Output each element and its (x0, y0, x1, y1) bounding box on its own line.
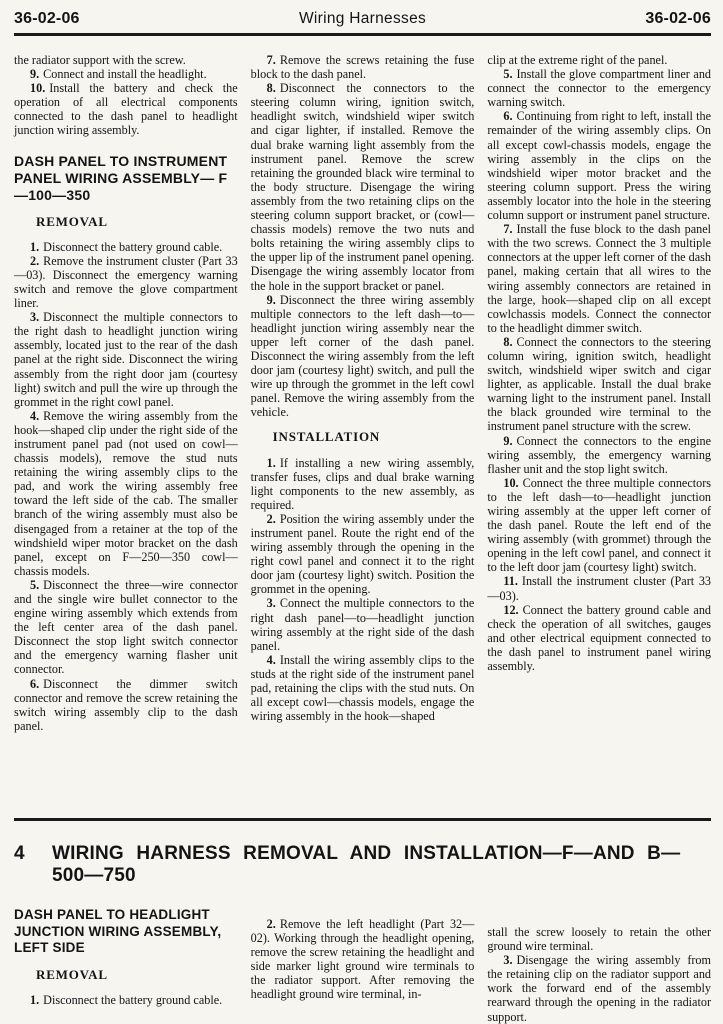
step-paragraph: 10.Connect the three multiple connectors… (487, 476, 711, 575)
step-paragraph: 7.Install the fuse block to the dash pan… (487, 222, 711, 335)
continuation-text: stall the screw loosely to retain the ot… (487, 925, 711, 953)
step-text: Connect the connectors to the engine wir… (487, 434, 711, 476)
step-number: 2. (30, 254, 39, 268)
step-text: Disconnect the battery ground cable. (43, 993, 222, 1007)
step-number: 3. (30, 310, 39, 324)
step-number: 6. (30, 677, 39, 691)
subsection-heading-removal: REMOVAL (36, 968, 238, 982)
step-paragraph: 8.Disconnect the connectors to the steer… (251, 81, 475, 292)
step-number: 8. (267, 81, 276, 95)
step-number: 8. (503, 335, 512, 349)
step-text: Remove the instrument cluster (Part 33—0… (14, 254, 238, 310)
step-text: Install the fuse block to the dash panel… (487, 222, 711, 335)
step-number: 12. (503, 603, 518, 617)
bottom-column-2: 2.Remove the left headlight (Part 32—02)… (251, 903, 475, 1024)
step-number: 10. (30, 81, 45, 95)
step-text: Remove the screws retaining the fuse blo… (251, 53, 475, 81)
step-text: Disconnect the battery ground cable. (43, 240, 222, 254)
step-text: Connect the battery ground cable and che… (487, 603, 711, 673)
step-paragraph: 3.Connect the multiple connectors to the… (251, 596, 475, 652)
step-paragraph: 2.Position the wiring assembly under the… (251, 512, 475, 597)
step-paragraph: 6.Disconnect the dimmer switch connector… (14, 677, 238, 733)
step-paragraph: 4.Install the wiring assembly clips to t… (251, 653, 475, 723)
step-paragraph: 1.Disconnect the battery ground cable. (14, 240, 238, 254)
step-text: Connect the three multiple connectors to… (487, 476, 711, 575)
step-text: Disconnect the connectors to the steerin… (251, 81, 475, 292)
step-paragraph: 9.Connect and install the headlight. (14, 67, 238, 81)
step-text: Install the battery and check the operat… (14, 81, 238, 137)
page-code-right: 36-02-06 (645, 10, 711, 28)
bottom-column-3: stall the screw loosely to retain the ot… (487, 903, 711, 1024)
step-number: 7. (503, 222, 512, 236)
step-number: 3. (503, 953, 512, 967)
section-divider-rule (14, 818, 711, 821)
step-number: 2. (267, 512, 276, 526)
continuation-text: clip at the extreme right of the panel. (487, 53, 711, 67)
subsection-heading-installation: INSTALLATION (273, 430, 475, 444)
step-text: Disconnect the three—wire connector and … (14, 578, 238, 677)
continuation-text: the radiator support with the screw. (14, 53, 238, 67)
step-text: Remove the left headlight (Part 32—02). … (251, 917, 475, 1001)
step-number: 4. (30, 409, 39, 423)
step-number: 5. (503, 67, 512, 81)
step-number: 9. (267, 293, 276, 307)
step-text: Install the wiring assembly clips to the… (251, 653, 475, 723)
step-paragraph: 10.Install the battery and check the ope… (14, 81, 238, 137)
step-number: 10. (503, 476, 518, 490)
step-paragraph: 5.Disconnect the three—wire connector an… (14, 578, 238, 677)
page-header: 36-02-06 Wiring Harnesses 36-02-06 (14, 10, 711, 28)
step-paragraph: 1.If installing a new wiring assembly, t… (251, 456, 475, 512)
column-2: 7.Remove the screws retaining the fuse b… (251, 53, 475, 818)
step-number: 1. (30, 993, 39, 1007)
section-4-heading: 4 WIRING HARNESS REMOVAL AND INSTALLATIO… (14, 843, 711, 887)
step-text: Disengage the wiring assembly from the r… (487, 953, 711, 1023)
step-paragraph: 6.Continuing from right to left, install… (487, 109, 711, 222)
section-title: WIRING HARNESS REMOVAL AND INSTALLATION—… (52, 843, 711, 887)
step-paragraph: 3.Disengage the wiring assembly from the… (487, 953, 711, 1023)
step-text: Connect the multiple connectors to the r… (251, 596, 475, 652)
step-text: Connect and install the headlight. (43, 67, 206, 81)
step-number: 1. (267, 456, 276, 470)
step-text: Disconnect the dimmer switch connector a… (14, 677, 238, 733)
column-1: the radiator support with the screw. 9.C… (14, 53, 238, 818)
section-heading: DASH PANEL TO INSTRUMENT PANEL WIRING AS… (14, 153, 238, 204)
step-paragraph: 4.Remove the wiring assembly from the ho… (14, 409, 238, 578)
step-paragraph: 2.Remove the left headlight (Part 32—02)… (251, 917, 475, 1002)
step-text: Position the wiring assembly under the i… (251, 512, 475, 596)
column-3: clip at the extreme right of the panel. … (487, 53, 711, 818)
step-text: Disconnect the multiple connectors to th… (14, 310, 238, 409)
step-paragraph: 8.Connect the connectors to the steering… (487, 335, 711, 434)
step-number: 7. (267, 53, 276, 67)
page-code-left: 36-02-06 (14, 10, 80, 28)
step-text: Install the instrument cluster (Part 33—… (487, 574, 711, 602)
step-text: Install the glove compartment liner and … (487, 67, 711, 109)
bottom-section: DASH PANEL TO HEADLIGHT JUNCTION WIRING … (14, 903, 711, 1024)
page-title: Wiring Harnesses (80, 10, 646, 28)
step-number: 5. (30, 578, 39, 592)
subsection-heading-removal: REMOVAL (36, 215, 238, 229)
step-paragraph: 3.Disconnect the multiple connectors to … (14, 310, 238, 409)
step-number: 9. (503, 434, 512, 448)
section-heading: DASH PANEL TO HEADLIGHT JUNCTION WIRING … (14, 907, 238, 957)
step-text: If installing a new wiring assembly, tra… (251, 456, 475, 512)
step-number: 3. (267, 596, 276, 610)
step-paragraph: 9.Connect the connectors to the engine w… (487, 434, 711, 476)
section-number: 4 (14, 843, 52, 865)
step-paragraph: 9.Disconnect the three wiring assembly m… (251, 293, 475, 420)
step-paragraph: 5.Install the glove compartment liner an… (487, 67, 711, 109)
step-number: 6. (503, 109, 512, 123)
step-text: Disconnect the three wiring assembly mul… (251, 293, 475, 420)
step-number: 4. (267, 653, 276, 667)
step-paragraph: 11.Install the instrument cluster (Part … (487, 574, 711, 602)
manual-page: 36-02-06 Wiring Harnesses 36-02-06 the r… (0, 0, 723, 1024)
step-number: 11. (503, 574, 518, 588)
step-text: Continuing from right to left, install t… (487, 109, 711, 222)
top-section: the radiator support with the screw. 9.C… (14, 36, 711, 818)
bottom-column-1: DASH PANEL TO HEADLIGHT JUNCTION WIRING … (14, 903, 238, 1024)
step-paragraph: 7.Remove the screws retaining the fuse b… (251, 53, 475, 81)
step-text: Connect the connectors to the steering c… (487, 335, 711, 434)
step-number: 2. (267, 917, 276, 931)
step-paragraph: 12.Connect the battery ground cable and … (487, 603, 711, 673)
step-number: 9. (30, 67, 39, 81)
step-text: Remove the wiring assembly from the hook… (14, 409, 238, 578)
step-paragraph: 2.Remove the instrument cluster (Part 33… (14, 254, 238, 310)
step-paragraph: 1.Disconnect the battery ground cable. (14, 993, 238, 1007)
step-number: 1. (30, 240, 39, 254)
